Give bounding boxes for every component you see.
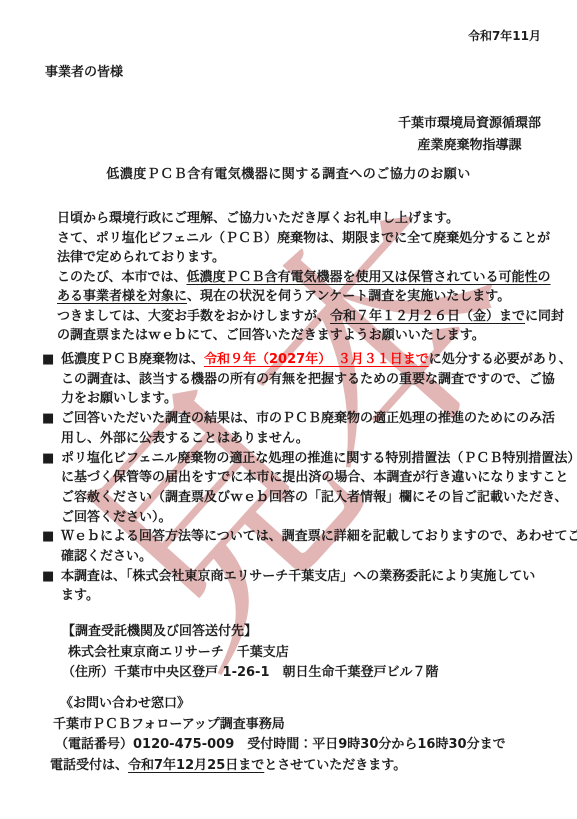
bullet-line: 用し、外部に公表することはありません。 xyxy=(61,429,577,449)
bullet-line: 低濃度ＰＣＢ廃棄物は、令和９年（2027年） ３月３１日までに処分する必要があり… xyxy=(61,350,577,370)
bullet-item-3: ■ ポリ塩化ビフェニル廃棄物の適正な処理の推進に関する特別措置法（ＰＣＢ特別措置… xyxy=(42,449,577,528)
intro-line-5: ある事業者様を対象に、現在の状況を伺うアンケート調査を実施いたします。 xyxy=(57,287,564,307)
text-run: このたび、本市では、 xyxy=(57,270,186,285)
underlined-target-text: 低濃度ＰＣＢ含有電気機器を使用又は保管されている可能性の xyxy=(186,270,550,285)
bullet-line: ます。 xyxy=(61,586,577,606)
intro-line-1: 日頃から環境行政にご理解、ご協力いただき厚くお礼申し上げます。 xyxy=(57,209,564,229)
text-run: に同封 xyxy=(525,309,564,324)
bullet-item-5: ■ 本調査は、「株式会社東京商エリサーチ千葉支店」への業務委託により実施してい … xyxy=(42,567,577,606)
bullet-line: に基づく保管等の届出をすでに本市に提出済の場合、本調査が行き違いになりますこと xyxy=(61,468,577,488)
text-run: に処分する必要があり、 xyxy=(429,352,572,367)
text-run: つきましては、大変お手数をおかけしますが、 xyxy=(57,309,330,324)
intro-line-7: の調査票またはｗｅｂにて、ご回答いただきますようお願いいたします。 xyxy=(57,326,564,346)
inquiry-office-name: 千葉市ＰＣＢフォローアップ調査事務局 xyxy=(50,715,506,736)
bullet-marker: ■ xyxy=(42,527,54,547)
bullet-line: ご回答ください）。 xyxy=(61,508,577,528)
inquiry-contact-block: 《お問い合わせ窓口》 千葉市ＰＣＢフォローアップ調査事務局 （電話番号）0120… xyxy=(50,694,506,776)
bullet-line: ご容赦ください（調査票及びｗｅｂ回答の「記入者情報」欄にその旨ご記載いただき、 xyxy=(61,488,577,508)
text-run: とさせていただきます。 xyxy=(264,758,406,773)
addressee: 事業者の皆様 xyxy=(45,61,123,80)
disposal-deadline-red-text: 令和９年（2027年） ３月３１日まで xyxy=(204,352,429,367)
text-run: 、現在の状況を伺うアンケート調査を実施いたします。 xyxy=(187,289,510,304)
inquiry-phone-line: （電話番号）0120-475-009 受付時間：平日9時30分から16時30分ま… xyxy=(50,735,506,756)
text-run: 低濃度ＰＣＢ廃棄物は、 xyxy=(61,352,204,367)
bullet-line: 本調査は、「株式会社東京商エリサーチ千葉支店」への業務委託により実施してい xyxy=(61,567,577,587)
underlined-phone-deadline: 令和7年12月25日まで xyxy=(128,758,264,773)
underlined-target-text: ある事業者様を対象に xyxy=(57,289,187,304)
bullet-item-1: ■ 低濃度ＰＣＢ廃棄物は、令和９年（2027年） ３月３１日までに処分する必要が… xyxy=(42,350,577,409)
bullet-line: 力をお願いします。 xyxy=(61,389,577,409)
text-run: 電話受付は、 xyxy=(50,758,128,773)
bullet-marker: ■ xyxy=(42,350,54,370)
bullet-marker: ■ xyxy=(42,449,54,469)
intro-line-3: 法律で定められております。 xyxy=(57,248,564,268)
document-date: 令和7年11月 xyxy=(468,27,541,44)
intro-paragraph: 日頃から環境行政にご理解、ご協力いただき厚くお礼申し上げます。 さて、ポリ塩化ビ… xyxy=(57,209,564,346)
document-title: 低濃度ＰＣＢ含有電気機器に関する調査へのご協力のお願い xyxy=(0,163,577,182)
sender-division: 産業廃棄物指導課 xyxy=(398,135,541,157)
contractor-address: （住所）千葉市中央区登戸 1-26-1 朝日生命千葉登戸ビル７階 xyxy=(62,663,439,684)
inquiry-header: 《お問い合わせ窓口》 xyxy=(50,694,506,715)
contractor-header: 【調査受託機関及び回答送付先】 xyxy=(62,622,439,643)
bullet-line: 確認ください。 xyxy=(61,547,577,567)
sender-block: 千葉市環境局資源循環部 産業廃棄物指導課 xyxy=(398,113,541,157)
bullet-marker: ■ xyxy=(42,567,54,587)
bullet-item-4: ■ Ｗｅｂによる回答方法等については、調査票に詳細を記載しておりますので、あわせ… xyxy=(42,527,577,566)
bullet-line: Ｗｅｂによる回答方法等については、調査票に詳細を記載しておりますので、あわせてご xyxy=(61,527,577,547)
bullet-line: ポリ塩化ビフェニル廃棄物の適正な処理の推進に関する特別措置法（ＰＣＢ特別措置法） xyxy=(61,449,577,469)
bullet-line: ご回答いただいた調査の結果は、市のＰＣＢ廃棄物の適正処理の推進のためにのみ活 xyxy=(61,409,577,429)
underlined-reply-deadline: 令和７年１２月２６日（金）まで xyxy=(330,309,525,324)
bullet-marker: ■ xyxy=(42,409,54,429)
survey-contractor-block: 【調査受託機関及び回答送付先】 株式会社東京商エリサーチ 千葉支店 （住所）千葉… xyxy=(62,622,439,684)
document-page: 見本 令和7年11月 事業者の皆様 千葉市環境局資源循環部 産業廃棄物指導課 低… xyxy=(0,0,577,819)
bullet-line: この調査は、該当する機器の所有の有無を把握するための重要な調査ですので、ご協 xyxy=(61,370,577,390)
bullet-list: ■ 低濃度ＰＣＢ廃棄物は、令和９年（2027年） ３月３１日までに処分する必要が… xyxy=(42,350,577,606)
sender-department: 千葉市環境局資源循環部 xyxy=(398,113,541,135)
intro-line-6: つきましては、大変お手数をおかけしますが、令和７年１２月２６日（金）までに同封 xyxy=(57,307,564,327)
contractor-name: 株式会社東京商エリサーチ 千葉支店 xyxy=(62,643,439,664)
inquiry-deadline-line: 電話受付は、令和7年12月25日までとさせていただきます。 xyxy=(50,756,506,777)
intro-line-2: さて、ポリ塩化ビフェニル（ＰＣＢ）廃棄物は、期限までに全て廃棄処分することが xyxy=(57,229,564,249)
bullet-item-2: ■ ご回答いただいた調査の結果は、市のＰＣＢ廃棄物の適正処理の推進のためにのみ活… xyxy=(42,409,577,448)
intro-line-4: このたび、本市では、低濃度ＰＣＢ含有電気機器を使用又は保管されている可能性の xyxy=(57,268,564,288)
